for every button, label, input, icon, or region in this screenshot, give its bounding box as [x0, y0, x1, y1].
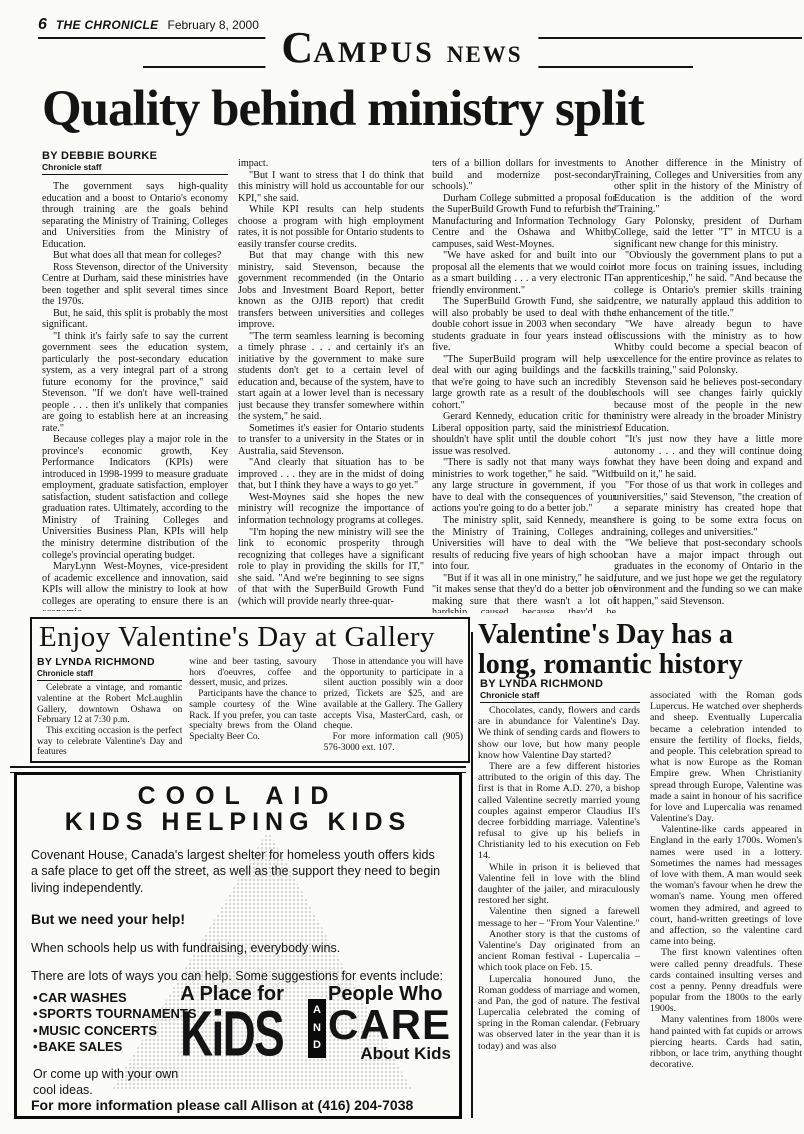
paragraph: "For those of us that work in colleges a… [614, 480, 802, 538]
ad-bullet-item: CAR WASHES [33, 990, 197, 1006]
paragraph: But that may change with this new minist… [238, 250, 424, 331]
paragraph: "But if it was all in one ministry," he … [432, 573, 616, 613]
paragraph: Valentine-like cards appeared in England… [650, 824, 802, 947]
ad-own-ideas: Or come up with your own cool ideas. [33, 1067, 203, 1098]
main-article-column-3: ters of a billion dollars for investment… [432, 158, 616, 613]
paragraph: Lupercalia honoured Juno, the Roman godd… [478, 974, 640, 1052]
byline-author: BY DEBBIE BOURKE [42, 150, 228, 162]
ad-footer-contact: For more information please call Allison… [31, 1097, 449, 1113]
ad-bullet-list: CAR WASHESSPORTS TOURNAMENTSMUSIC CONCER… [33, 990, 197, 1055]
paragraph: Sometimes it's easier for Ontario studen… [238, 423, 424, 458]
main-article-column-1: The government says high-quality educati… [42, 181, 228, 611]
ad-ways-line: There are lots of ways you can help. Som… [31, 969, 445, 983]
byline-role: Chronicle staff [37, 669, 182, 681]
page-number: 6 [38, 16, 47, 34]
logo-kids-text: KiDS [180, 1006, 283, 1061]
paragraph: Gerard Kennedy, education critic for the… [432, 411, 616, 457]
valentine-headline-line1: Valentine's Day has a [478, 619, 733, 650]
paragraph: "It's just now they have a little more a… [614, 434, 802, 480]
paragraph: impact. [238, 158, 424, 170]
paragraph: Stevenson said he believes post-secondar… [614, 377, 802, 435]
logo-care-text: CARE [328, 1006, 451, 1044]
paragraph: "I think it's fairly safe to say the cur… [42, 331, 228, 435]
paragraph: This exciting occasion is the perfect wa… [37, 726, 182, 758]
gallery-headline: Enjoy Valentine's Day at Gallery [39, 621, 463, 654]
ad-intro-paragraph: Covenant House, Canada's largest shelter… [31, 847, 445, 897]
paragraph: Durham College submitted a proposal for … [432, 193, 616, 251]
valentine-byline: BY LYNDA RICHMOND Chronicle staff [480, 678, 640, 703]
byline-role: Chronicle staff [480, 690, 640, 703]
paragraph: The government says high-quality educati… [42, 181, 228, 250]
byline-role: Chronicle staff [42, 162, 228, 175]
logo-and-letter: N [313, 1020, 321, 1038]
logo-and-letter: D [313, 1037, 321, 1055]
gallery-byline: BY LYNDA RICHMOND Chronicle staff [37, 657, 182, 681]
logo-and-letter: A [313, 1002, 321, 1020]
paragraph: For more information call (905) 576-3000… [324, 732, 463, 753]
paragraph: "We have already begun to have discussio… [614, 319, 802, 377]
logo-right: People Who CARE About Kids [328, 983, 451, 1064]
main-article-column-2: impact."But I want to stress that I do t… [238, 158, 424, 610]
paragraph: The first known valentines often were ca… [650, 947, 802, 1014]
paragraph: Celebrate a vintage, and romantic valent… [37, 683, 182, 726]
paragraph: But what does all that mean for colleges… [42, 250, 228, 262]
paragraph: The ministry split, said Kennedy, means … [432, 515, 616, 573]
paragraph: Because colleges play a major role in th… [42, 434, 228, 561]
paragraph: "The term seamless learning is becoming … [238, 331, 424, 423]
paragraph: Another story is that the customs of Val… [478, 929, 640, 974]
byline-author: BY LYNDA RICHMOND [480, 678, 640, 690]
paragraph: While KPI results can help students choo… [238, 204, 424, 250]
ad-bullet-item: SPORTS TOURNAMENTS [33, 1006, 197, 1022]
paragraph: "But I want to stress that I do think th… [238, 170, 424, 205]
gallery-column-1-text: Celebrate a vintage, and romantic valent… [37, 683, 182, 758]
paragraph: ters of a billion dollars for investment… [432, 158, 616, 193]
paragraph: "I'm hoping the new ministry will see th… [238, 527, 424, 608]
paragraph: MaryLynn West-Moynes, vice-president of … [42, 561, 228, 611]
paragraph: Another difference in the Ministry of Tr… [614, 158, 802, 216]
paragraph: Ross Stevenson, director of the Universi… [42, 262, 228, 308]
page-header: 6 THE CHRONICLE February 8, 2000 [38, 16, 272, 39]
ad-bullet-item: MUSIC CONCERTS [33, 1023, 197, 1039]
gallery-column-2: wine and beer tasting, savoury hors d'oe… [189, 657, 316, 758]
masthead-title: AMPUS [313, 36, 435, 69]
paragraph: wine and beer tasting, savoury hors d'oe… [189, 657, 316, 689]
ad-bullet-item: BAKE SALES [33, 1039, 197, 1055]
ad-title-line2: KIDS HELPING KIDS [31, 809, 445, 835]
covenant-house-logo: A Place for KiDS A N D People Who CARE A… [180, 983, 451, 1064]
paragraph: Valentine then signed a farewell message… [478, 906, 640, 928]
gallery-columns: BY LYNDA RICHMOND Chronicle staff Celebr… [37, 657, 463, 758]
masthead-initial: C [281, 23, 313, 72]
paragraph: "There is sadly not that many ways for m… [432, 457, 616, 515]
ad-content: COOL AID KIDS HELPING KIDS Covenant Hous… [31, 783, 445, 983]
paragraph: "And clearly that situation has to be im… [238, 457, 424, 492]
paragraph: "We have asked for and built into our pr… [432, 250, 616, 296]
gallery-article-box: Enjoy Valentine's Day at Gallery BY LYND… [30, 617, 470, 763]
valentine-column-1: Chocolates, candy, flowers and cards are… [478, 705, 640, 1103]
valentine-column-2: associated with the Roman gods Lupercus.… [650, 690, 802, 1116]
ad-title-line1: COOL AID [31, 783, 445, 809]
paragraph: "We believe that post-secondary schools … [614, 538, 802, 607]
newspaper-page: 6 THE CHRONICLE February 8, 2000 CAMPUSN… [0, 0, 804, 1134]
main-article-column-4: Another difference in the Ministry of Tr… [614, 158, 802, 614]
main-headline: Quality behind ministry split [42, 84, 804, 135]
paragraph: There are a few different histories attr… [478, 761, 640, 862]
paragraph: Participants have the chance to sample c… [189, 689, 316, 743]
gallery-column-1: BY LYNDA RICHMOND Chronicle staff Celebr… [37, 657, 182, 758]
issue-date: February 8, 2000 [167, 18, 258, 32]
ad-fundraising-line: When schools help us with fundraising, e… [31, 941, 445, 955]
main-byline: BY DEBBIE BOURKE Chronicle staff [42, 150, 228, 175]
paragraph: Many valentines from 1800s were hand pai… [650, 1014, 802, 1070]
paragraph: But, he said, this split is probably the… [42, 308, 228, 331]
ad-help-heading: But we need your help! [31, 911, 445, 927]
valentine-headline-line2: long, romantic history [478, 649, 743, 680]
paragraph: Gary Polonsky, president of Durham Colle… [614, 216, 802, 251]
valentine-headline: Valentine's Day has a long, romantic his… [478, 620, 804, 679]
paragraph: West-Moynes said she hopes the new minis… [238, 492, 424, 527]
gallery-column-3: Those in attendance you will have the op… [324, 657, 463, 758]
paragraph: "The SuperBuild program will help us dea… [432, 354, 616, 412]
publication-name: THE CHRONICLE [56, 18, 159, 32]
paragraph: "Obviously the government plans to put a… [614, 250, 802, 319]
section-masthead: CAMPUSNEWS [265, 22, 538, 73]
cool-aid-ad: COOL AID KIDS HELPING KIDS Covenant Hous… [14, 772, 462, 1119]
paragraph: Those in attendance you will have the op… [324, 657, 463, 732]
paragraph: Chocolates, candy, flowers and cards are… [478, 705, 640, 761]
vertical-divider-rule [471, 632, 473, 1118]
logo-left: A Place for KiDS [180, 983, 306, 1054]
byline-author: BY LYNDA RICHMOND [37, 657, 182, 669]
logo-and-badge: A N D [308, 999, 326, 1058]
masthead-subtitle: NEWS [447, 42, 523, 67]
paragraph: The SuperBuild Growth Fund, she said, wi… [432, 296, 616, 354]
paragraph: associated with the Roman gods Lupercus.… [650, 690, 802, 824]
paragraph: While in prison it is believed that Vale… [478, 862, 640, 907]
